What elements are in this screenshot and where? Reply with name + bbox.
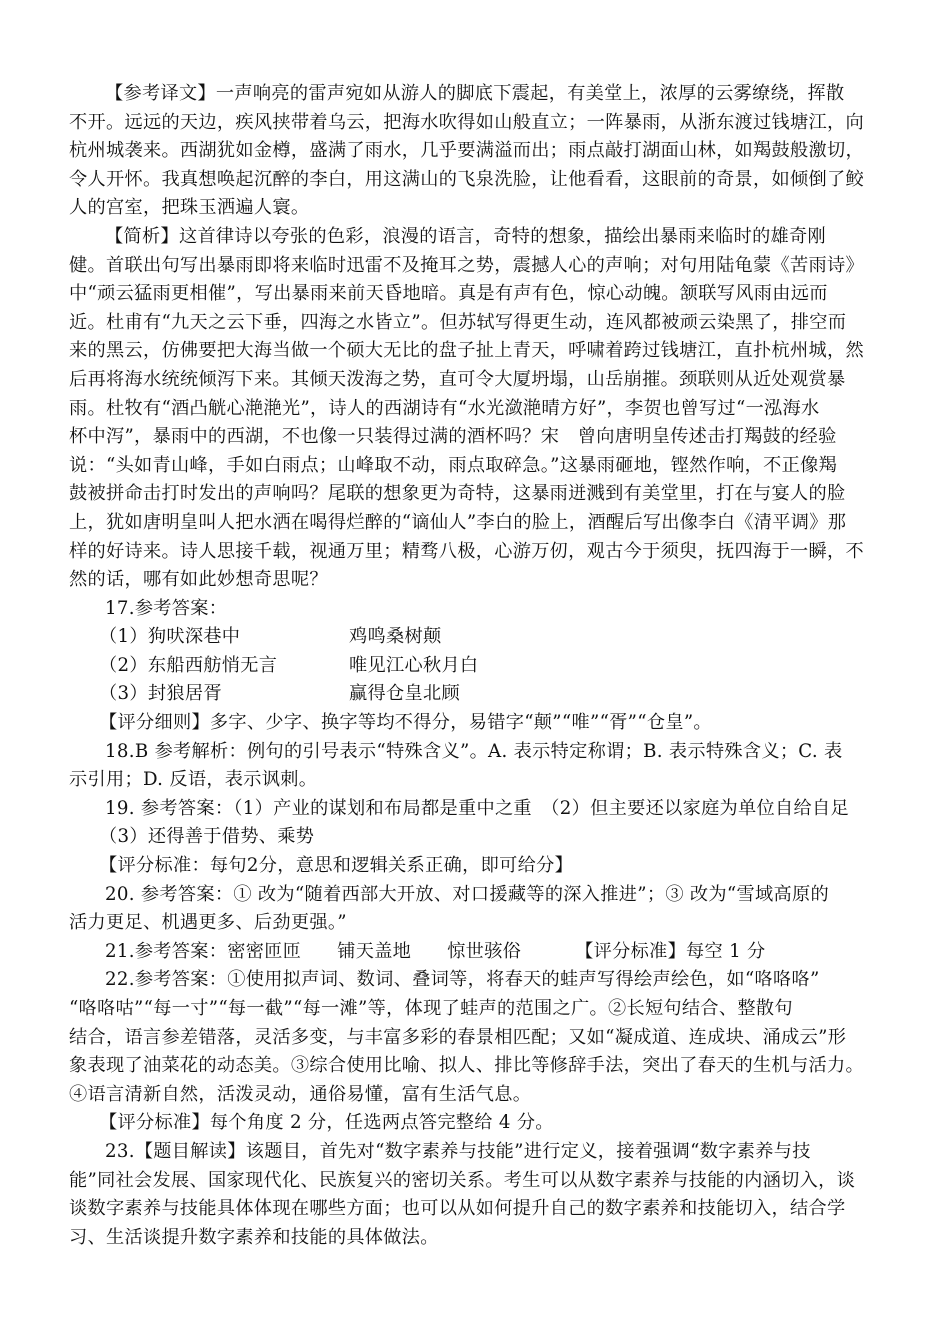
rubric-text: 【评分标准】每个角度 2 分，任选两点答完整给 4 分。: [69, 1109, 881, 1138]
answer-row: （3）封狼居胥 赢得仓皇北顾: [69, 680, 881, 709]
text-line: 说：“头如青山峰，手如白雨点；山峰取不动，雨点取碎急。”这暴雨砸地，铿然作响，不…: [69, 452, 881, 481]
question-19: 19. 参考答案：（1）产业的谋划和布局都是重中之重 （2）但主要还以家庭为单位…: [69, 795, 881, 881]
text-line: ④语言清新自然，活泼灵动，通俗易懂，富有生活气息。: [69, 1081, 881, 1110]
text-line: 不开。远远的天边，疾风挟带着乌云，把海水吹得如山般直立；一阵暴雨，从浙东渡过钱塘…: [69, 109, 881, 138]
document-page: 【参考译文】一声响亮的雷声宛如从游人的脚底下震起，有美堂上，浓厚的云雾缭绕，挥散…: [69, 80, 881, 1252]
text-line: 健。首联出句写出暴雨即将来临时迅雷不及掩耳之势，震撼人心的声响；对句用陆龟蒙《苦…: [69, 252, 881, 281]
answer-row: 21.参考答案：密密匝匝铺天盖地惊世骇俗【评分标准】每空 1 分: [69, 938, 881, 967]
text-line: 令人开怀。我真想唤起沉醉的李白，用这满山的飞泉洗脸，让他看看，这眼前的奇景，如倾…: [69, 166, 881, 195]
text-line: 活力更足、机遇更多、后劲更强。”: [69, 909, 881, 938]
text-line: 鼓被拼命击打时发出的声响吗？尾联的想象更为奇特，这暴雨迸溅到有美堂里，打在与宴人…: [69, 480, 881, 509]
answer-first: 东船西舫悄无言: [148, 655, 277, 676]
text-line: 中“顽云猛雨更相催”，写出暴雨来前天昏地暗。真是有声有色，惊心动魄。颔联写风雨由…: [69, 280, 881, 309]
question-22: 22.参考答案：①使用拟声词、数词、叠词等，将春天的蛙声写得绘声绘色，如“咯咯咯…: [69, 966, 881, 1138]
rubric-text: 【评分标准：每句2分，意思和逻辑关系正确，即可给分】: [69, 852, 881, 881]
answer-first: 狗吠深巷中: [148, 626, 240, 647]
question-23: 23.【题目解读】该题目，首先对“数字素养与技能”进行定义，接着强调“数字素养与…: [69, 1138, 881, 1252]
rubric-text: 【评分细则】多字、少字、换字等均不得分，易错字“颠”“唯”“胥”“仓皇”。: [69, 709, 881, 738]
answer-first: 封狼居胥: [148, 683, 222, 704]
answer-second: 唯见江心秋月白: [349, 652, 478, 681]
question-17: 17.参考答案： （1）狗吠深巷中 鸡鸣桑树颠 （2）东船西舫悄无言 唯见江心秋…: [69, 595, 881, 738]
question-title: 17.参考答案：: [69, 595, 881, 624]
text-line: 谈数字素养与技能具体体现在哪些方面；也可以从如何提升自己的数字素养和技能切入，结…: [69, 1195, 881, 1224]
text-line: 习、生活谈提升数字素养和技能的具体做法。: [69, 1224, 881, 1253]
item-number: （3）: [99, 683, 148, 704]
question-21: 21.参考答案：密密匝匝铺天盖地惊世骇俗【评分标准】每空 1 分: [69, 938, 881, 967]
text-line: 【简析】这首律诗以夸张的色彩，浪漫的语言，奇特的想象，描绘出暴雨来临时的雄奇刚: [69, 223, 881, 252]
text-line: 能”同社会发展、国家现代化、民族复兴的密切关系。考生可以从数字素养与技能的内涵切…: [69, 1167, 881, 1196]
text-line: 19. 参考答案：（1）产业的谋划和布局都是重中之重 （2）但主要还以家庭为单位…: [69, 795, 881, 824]
text-line: 结合，语言参差错落，灵活多变，与丰富多彩的春景相匹配；又如“凝成道、连成块、涌成…: [69, 1024, 881, 1053]
answer-row: （2）东船西舫悄无言 唯见江心秋月白: [69, 652, 881, 681]
text-line: 雨。杜牧有“酒凸觥心滟滟光”，诗人的西湖诗有“水光潋滟晴方好”，李贺也曾写过“一…: [69, 395, 881, 424]
answer-second: 赢得仓皇北顾: [349, 680, 460, 709]
answer-word: 铺天盖地: [337, 941, 411, 962]
text-line: 上，犹如唐明皇叫人把水洒在喝得烂醉的“谪仙人”李白的脸上，酒醒后写出像李白《清平…: [69, 509, 881, 538]
question-18: 18.B 参考解析：例句的引号表示“特殊含义”。A. 表示特定称谓；B. 表示特…: [69, 738, 881, 795]
rubric-text: 【评分标准】每空 1 分: [575, 941, 765, 962]
answer-second: 鸡鸣桑树颠: [349, 623, 441, 652]
translation-section: 【参考译文】一声响亮的雷声宛如从游人的脚底下震起，有美堂上，浓厚的云雾缭绕，挥散…: [69, 80, 881, 223]
question-label: 21.参考答案：: [105, 941, 227, 962]
text-line: 20. 参考答案：① 改为“随着西部大开放、对口援藏等的深入推进”；③ 改为“雪…: [69, 881, 881, 910]
item-number: （2）: [99, 655, 148, 676]
text-line: 样的好诗来。诗人思接千载，视通万里；精骛八极，心游万仞，观古今于须臾，抚四海于一…: [69, 538, 881, 567]
answer-word: 密密匝匝: [227, 941, 301, 962]
text-line: 杭州城袭来。西湖犹如金樽，盛满了雨水，几乎要满溢而出；雨点敲打湖面山林，如羯鼓般…: [69, 137, 881, 166]
analysis-section: 【简析】这首律诗以夸张的色彩，浪漫的语言，奇特的想象，描绘出暴雨来临时的雄奇刚 …: [69, 223, 881, 595]
text-line: 象表现了油菜花的动态美。③综合使用比喻、拟人、排比等修辞手法，突出了春天的生机与…: [69, 1052, 881, 1081]
text-line: “咯咯咕”“每一寸”“每一截”“每一滩”等，体现了蛙声的范围之广。②长短句结合、…: [69, 995, 881, 1024]
text-line: 后再将海水统统倾泻下来。其倾天泼海之势，直可令大厦坍塌，山岳崩摧。颈联则从近处观…: [69, 366, 881, 395]
answer-row: （1）狗吠深巷中 鸡鸣桑树颠: [69, 623, 881, 652]
text-line: 杯中泻”，暴雨中的西湖，不也像一只装得过满的酒杯吗？宋 曾向唐明皇传述击打羯鼓的…: [69, 423, 881, 452]
text-line: 23.【题目解读】该题目，首先对“数字素养与技能”进行定义，接着强调“数字素养与…: [69, 1138, 881, 1167]
text-line: 人的宫室，把珠玉洒遍人寰。: [69, 194, 881, 223]
question-20: 20. 参考答案：① 改为“随着西部大开放、对口援藏等的深入推进”；③ 改为“雪…: [69, 881, 881, 938]
text-line: 22.参考答案：①使用拟声词、数词、叠词等，将春天的蛙声写得绘声绘色，如“咯咯咯…: [69, 966, 881, 995]
text-line: 18.B 参考解析：例句的引号表示“特殊含义”。A. 表示特定称谓；B. 表示特…: [69, 738, 881, 767]
answer-word: 惊世骇俗: [447, 941, 521, 962]
text-line: （3）还得善于借势、乘势: [69, 823, 881, 852]
text-line: 示引用；D. 反语，表示讽刺。: [69, 766, 881, 795]
text-line: 然的话，哪有如此妙想奇思呢？: [69, 566, 881, 595]
text-line: 近。杜甫有“九天之云下垂，四海之水皆立”。但苏轼写得更生动，连风都被顽云染黑了，…: [69, 309, 881, 338]
text-line: 【参考译文】一声响亮的雷声宛如从游人的脚底下震起，有美堂上，浓厚的云雾缭绕，挥散: [69, 80, 881, 109]
item-number: （1）: [99, 626, 148, 647]
text-line: 来的黑云，仿佛要把大海当做一个硕大无比的盘子扯上青天，呼啸着跨过钱塘江，直扑杭州…: [69, 337, 881, 366]
